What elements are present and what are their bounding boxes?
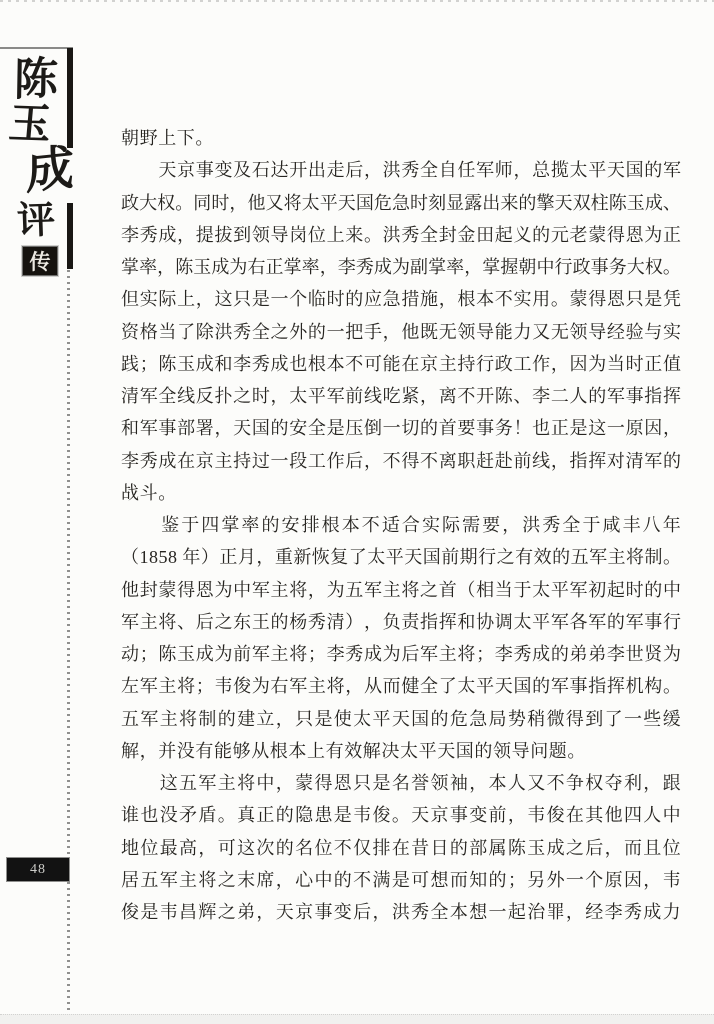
text-line: 朝野上下。 [121,122,681,154]
book-page: 陈 玉 成 评 传 48 朝野上下。 天京事变及石达开出走后，洪秀全自任军师，总… [0,0,714,1024]
text-line: 军主将、后之东王的杨秀清），负责指挥和协调太平军各军的军事行 [121,606,681,638]
title-char-ping: 评 [16,200,55,239]
text-line: 这五军主将中，蒙得恩只是名誉领袖，本人又不争权夺利，跟 [121,767,681,799]
title-char-chen: 陈 [14,57,59,103]
title-char-cheng: 成 [26,143,74,196]
text-line: 左军主将；韦俊为右军主将，从而健全了太平天国的军事指挥机构。 [121,670,681,702]
text-line: 政大权。同时，他又将太平天国危急时刻显露出来的擎天双柱陈玉成、 [121,187,681,219]
sidebar-dotted-rule [67,270,70,1014]
text-line: 战斗。 [121,477,681,509]
title-side-bar-lower [67,203,73,269]
text-line: 践；陈玉成和李秀成也根本不可能在京主持行政工作，因为当时正值 [121,348,681,380]
text-line: 俊是韦昌辉之弟，天京事变后，洪秀全本想一起治罪，经李秀成力 [121,896,681,928]
title-side-bar-upper [67,48,73,148]
title-char-zhuan-boxed: 传 [22,246,58,276]
text-line: 鉴于四掌率的安排根本不适合实际需要，洪秀全于咸丰八年 [121,509,681,541]
text-line: 解，并没有能够从根本上有效解决太平天国的领导问题。 [121,735,681,767]
page-number: 48 [30,862,46,878]
text-line: 李秀成在京主持过一段工作后，不得不离职赶赴前线，指挥对清军的 [121,445,681,477]
text-line: 地位最高，可这次的名位不仅排在昔日的部属陈玉成之后，而且位 [121,832,681,864]
text-block: 朝野上下。 天京事变及石达开出走后，洪秀全自任军师，总揽太平天国的军政大权。同时… [121,122,681,928]
text-line: 资格当了除洪秀全之外的一把手，他既无领导能力又无领导经验与实 [121,316,681,348]
text-line: 居五军主将之末席，心中的不满是可想而知的；另外一个原因，韦 [121,864,681,896]
text-line: 谁也没矛盾。真正的隐患是韦俊。天京事变前，韦俊在其他四人中 [121,799,681,831]
text-line: 天京事变及石达开出走后，洪秀全自任军师，总揽太平天国的军 [121,154,681,186]
text-line: （1858 年）正月，重新恢复了太平天国前期行之有效的五军主将制。 [121,541,681,573]
text-line: 李秀成，提拔到领导岗位上来。洪秀全封金田起义的元老蒙得恩为正 [121,219,681,251]
text-line: 和军事部署，天国的安全是压倒一切的首要事务！也正是这一原因， [121,412,681,444]
scan-top-edge [0,0,714,2]
text-line: 动；陈玉成为前军主将；李秀成为后军主将；李秀成的弟弟李世贤为 [121,638,681,670]
title-top-rule [0,47,73,49]
scan-bottom-edge [0,1014,714,1024]
text-line: 他封蒙得恩为中军主将，为五军主将之首（相当于太平军初起时的中 [121,574,681,606]
page-number-badge: 48 [6,857,70,882]
text-line: 但实际上，这只是一个临时的应急措施，根本不实用。蒙得恩只是凭 [121,283,681,315]
text-line: 五军主将制的建立，只是使太平天国的危急局势稍微得到了一些缓 [121,703,681,735]
text-line: 清军全线反扑之时，太平军前线吃紧，离不开陈、李二人的军事指挥 [121,380,681,412]
text-line: 掌率，陈玉成为右正掌率，李秀成为副掌率，掌握朝中行政事务大权。 [121,251,681,283]
title-char-yu: 玉 [7,102,53,145]
